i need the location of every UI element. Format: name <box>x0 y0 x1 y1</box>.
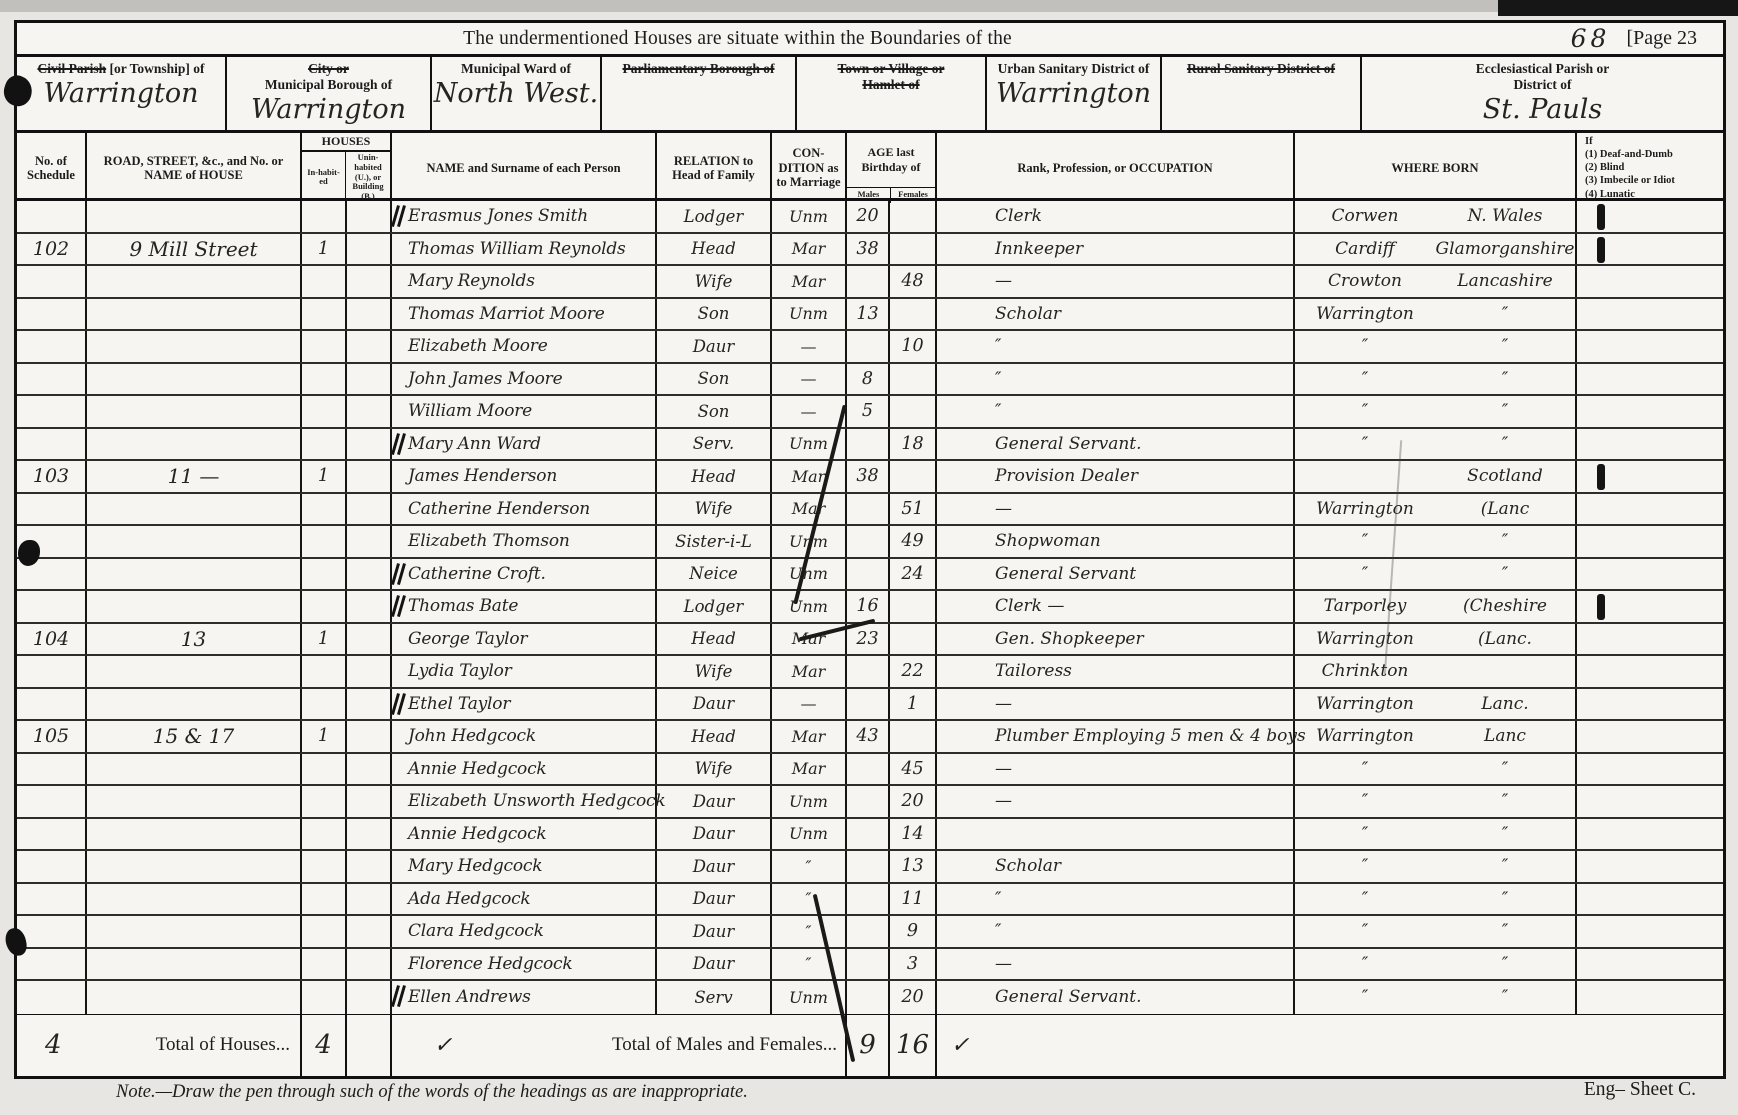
schedule-number <box>17 786 87 817</box>
col-age-group: AGE last Birthday of Males Females <box>847 133 937 203</box>
houses-inhabited <box>302 396 347 427</box>
houses-inhabited: 1 <box>302 234 347 265</box>
occupation: Shopwoman <box>937 526 1295 557</box>
houses-inhabited <box>302 851 347 882</box>
person-name: Elizabeth Thomson <box>392 526 657 557</box>
schedule-number <box>17 299 87 330</box>
houses-uninhabited <box>347 201 392 232</box>
born-county: (Lanc <box>1435 499 1575 519</box>
infirmity-cell <box>1577 494 1723 525</box>
relation-to-head: Lodger <box>657 591 772 622</box>
road-street <box>87 201 302 232</box>
district-box-value: Warrington <box>987 78 1160 109</box>
age-female: 20 <box>890 981 937 1014</box>
relation-to-head: Wife <box>657 494 772 525</box>
houses-inhabited <box>302 916 347 947</box>
houses-uninhabited <box>347 396 392 427</box>
where-born: ″ ″ <box>1295 754 1577 785</box>
houses-inhabited: 1 <box>302 461 347 492</box>
age-male: 8 <box>847 364 890 395</box>
born-county: ″ <box>1435 759 1575 779</box>
houses-inhabited <box>302 559 347 590</box>
table-row: Catherine Henderson Wife Mar 51 — Warrin… <box>17 494 1723 527</box>
born-county: ″ <box>1435 921 1575 941</box>
occupation: — <box>937 754 1295 785</box>
houses-inhabited <box>302 201 347 232</box>
marriage-condition: Unm <box>772 819 847 850</box>
where-born: Warrington (Lanc. <box>1295 624 1577 655</box>
marriage-condition: ″ <box>772 949 847 980</box>
relation-to-head: Wife <box>657 656 772 687</box>
age-female: 24 <box>890 559 937 590</box>
relation-to-head: Daur <box>657 884 772 915</box>
occupation: Gen. Shopkeeper <box>937 624 1295 655</box>
born-county: ″ <box>1435 434 1575 454</box>
infirmity-cell <box>1577 331 1723 362</box>
born-place: Cardiff <box>1295 239 1435 259</box>
infirmity-cell <box>1577 754 1723 785</box>
occupation: Plumber Employing 5 men & 4 boys <box>937 721 1295 752</box>
infirmity-cell <box>1577 786 1723 817</box>
total-males-females-label: Total of Males and Females... <box>612 1034 837 1056</box>
houses-inhabited <box>302 786 347 817</box>
where-born: Tarporley (Cheshire <box>1295 591 1577 622</box>
houses-inhabited: 1 <box>302 721 347 752</box>
occupation: Scholar <box>937 299 1295 330</box>
age-male <box>847 884 890 915</box>
born-county: Lancashire <box>1435 271 1575 291</box>
infirmity-cell <box>1577 396 1723 427</box>
born-county: ″ <box>1435 954 1575 974</box>
table-row: Thomas Marriot Moore Son Unm 13 Scholar … <box>17 299 1723 332</box>
houses-uninhabited <box>347 786 392 817</box>
person-name: Annie Hedgcock <box>392 754 657 785</box>
road-street <box>87 429 302 460</box>
occupation: ″ <box>937 331 1295 362</box>
scan-edge-band <box>0 0 1738 12</box>
born-place: ″ <box>1295 954 1435 974</box>
relation-to-head: Daur <box>657 331 772 362</box>
houses-uninhabited <box>347 916 392 947</box>
district-box-value: Warrington <box>227 94 430 125</box>
houses-uninhabited <box>347 461 392 492</box>
total-males: 9 <box>847 1015 890 1076</box>
person-name: Mary Ann Ward <box>392 429 657 460</box>
age-female: 49 <box>890 526 937 557</box>
where-born: Crowton Lancashire <box>1295 266 1577 297</box>
infirmity-cell <box>1577 689 1723 720</box>
road-street <box>87 949 302 980</box>
marriage-condition: Mar <box>772 494 847 525</box>
houses-uninhabited <box>347 689 392 720</box>
occupation: General Servant <box>937 559 1295 590</box>
houses-inhabited <box>302 526 347 557</box>
age-female <box>890 299 937 330</box>
column-header-row: No. of Schedule ROAD, STREET, &c., and N… <box>17 133 1723 201</box>
where-born: ″ ″ <box>1295 819 1577 850</box>
table-row: Florence Hedgcock Daur ″ 3 — ″ ″ <box>17 949 1723 982</box>
sheet-label: Eng– Sheet C. <box>1584 1079 1696 1101</box>
table-row: Annie Hedgcock Daur Unm 14 ″ ″ <box>17 819 1723 852</box>
folio-number: 68 <box>1571 24 1611 53</box>
houses-inhabited <box>302 981 347 1014</box>
houses-inhabited <box>302 429 347 460</box>
relation-to-head: Wife <box>657 266 772 297</box>
marriage-condition: — <box>772 396 847 427</box>
where-born: ″ ″ <box>1295 364 1577 395</box>
table-row: William Moore Son — 5 ″ ″ ″ <box>17 396 1723 429</box>
born-place: ″ <box>1295 791 1435 811</box>
person-name: James Henderson <box>392 461 657 492</box>
table-row: Mary Ann Ward Serv. Unm 18 General Serva… <box>17 429 1723 462</box>
district-box-value: North West. <box>432 78 600 109</box>
road-street <box>87 559 302 590</box>
col-age: AGE last Birthday of <box>847 133 935 187</box>
age-female: 20 <box>890 786 937 817</box>
road-street <box>87 526 302 557</box>
table-row: 103 11 — 1 James Henderson Head Mar 38 P… <box>17 461 1723 494</box>
age-male: 43 <box>847 721 890 752</box>
marriage-condition: Mar <box>772 461 847 492</box>
total-houses-value: 4 <box>302 1015 347 1076</box>
marriage-condition: — <box>772 331 847 362</box>
table-row: Elizabeth Thomson Sister-i-L Unm 49 Shop… <box>17 526 1723 559</box>
district-box: Rural Sanitary District of <box>1162 57 1362 130</box>
district-box-label: Rural Sanitary District of <box>1162 61 1360 77</box>
born-county: ″ <box>1435 987 1575 1007</box>
table-row: Ellen Andrews Serv Unm 20 General Servan… <box>17 981 1723 1014</box>
occupation: Clerk — <box>937 591 1295 622</box>
schedule-number <box>17 331 87 362</box>
infirmity-cell <box>1577 201 1723 232</box>
occupation: — <box>937 949 1295 980</box>
road-street <box>87 689 302 720</box>
houses-inhabited <box>302 819 347 850</box>
where-born: ″ ″ <box>1295 884 1577 915</box>
infirmity-cell <box>1577 559 1723 590</box>
table-row: Elizabeth Unsworth Hedgcock Daur Unm 20 … <box>17 786 1723 819</box>
district-box-label: Ecclesiastical Parish or District of <box>1362 61 1723 93</box>
total-houses-cell: 4 Total of Houses... <box>17 1015 302 1076</box>
marriage-condition: — <box>772 689 847 720</box>
houses-uninhabited <box>347 949 392 980</box>
houses-uninhabited <box>347 656 392 687</box>
occupation: Tailoress <box>937 656 1295 687</box>
marriage-condition: Mar <box>772 234 847 265</box>
born-place: ″ <box>1295 987 1435 1007</box>
district-box-label: Town or Village or Hamlet of <box>797 61 985 93</box>
born-county: Lanc. <box>1435 694 1575 714</box>
where-born: ″ ″ <box>1295 786 1577 817</box>
person-name: Elizabeth Moore <box>392 331 657 362</box>
relation-to-head: Daur <box>657 851 772 882</box>
district-header-row: Civil Parish [or Township] ofWarringtonC… <box>17 57 1723 133</box>
age-female: 9 <box>890 916 937 947</box>
relation-to-head: Head <box>657 461 772 492</box>
houses-inhabited <box>302 689 347 720</box>
district-box: Urban Sanitary District ofWarrington <box>987 57 1162 130</box>
relation-to-head: Sister-i-L <box>657 526 772 557</box>
relation-to-head: Son <box>657 364 772 395</box>
schedule-number <box>17 201 87 232</box>
road-street <box>87 981 302 1014</box>
person-name: Lydia Taylor <box>392 656 657 687</box>
where-born: ″ ″ <box>1295 916 1577 947</box>
where-born: ″ ″ <box>1295 981 1577 1014</box>
person-name: William Moore <box>392 396 657 427</box>
marriage-condition: — <box>772 364 847 395</box>
marriage-condition: Unm <box>772 299 847 330</box>
person-name: Elizabeth Unsworth Hedgcock <box>392 786 657 817</box>
district-box-value: Warrington <box>17 78 225 109</box>
born-place: Warrington <box>1295 304 1435 324</box>
houses-uninhabited <box>347 884 392 915</box>
houses-inhabited <box>302 591 347 622</box>
district-box: Parliamentary Borough of <box>602 57 797 130</box>
born-county: (Cheshire <box>1435 596 1575 616</box>
table-row: Catherine Croft. Neice Unm 24 General Se… <box>17 559 1723 592</box>
age-female <box>890 624 937 655</box>
houses-inhabited <box>302 884 347 915</box>
relation-to-head: Serv <box>657 981 772 1014</box>
born-county: ″ <box>1435 564 1575 584</box>
col-relation: RELATION to Head of Family <box>657 133 772 203</box>
age-male: 5 <box>847 396 890 427</box>
age-male: 16 <box>847 591 890 622</box>
occupation: ″ <box>937 396 1295 427</box>
infirmity-cell <box>1577 526 1723 557</box>
col-born: WHERE BORN <box>1295 133 1577 203</box>
houses-inhabited <box>302 331 347 362</box>
born-county: Scotland <box>1435 466 1575 486</box>
born-place: ″ <box>1295 856 1435 876</box>
occupation <box>937 819 1295 850</box>
age-male <box>847 949 890 980</box>
where-born: Scotland <box>1295 461 1577 492</box>
col-houses-group: HOUSES In-habit-ed Unin-habited (U.), or… <box>302 133 392 203</box>
infirmity-cell <box>1577 364 1723 395</box>
person-name: John James Moore <box>392 364 657 395</box>
schedule-number <box>17 656 87 687</box>
road-street: 9 Mill Street <box>87 234 302 265</box>
age-female: 51 <box>890 494 937 525</box>
occupation: — <box>937 266 1295 297</box>
infirmity-cell <box>1577 591 1723 622</box>
born-county: Glamorganshire <box>1435 239 1575 259</box>
relation-to-head: Daur <box>657 689 772 720</box>
born-county: ″ <box>1435 401 1575 421</box>
table-row: Mary Reynolds Wife Mar 48 — Crowton Lanc… <box>17 266 1723 299</box>
age-male: 13 <box>847 299 890 330</box>
table-row: Ethel Taylor Daur — 1 — Warrington Lanc. <box>17 689 1723 722</box>
marriage-condition: ″ <box>772 884 847 915</box>
person-name: Ellen Andrews <box>392 981 657 1014</box>
where-born: Warrington Lanc. <box>1295 689 1577 720</box>
col-name: NAME and Surname of each Person <box>392 133 657 203</box>
relation-to-head: Daur <box>657 916 772 947</box>
houses-uninhabited <box>347 364 392 395</box>
houses-uninhabited <box>347 721 392 752</box>
page-number-area: 68 [Page 23 <box>1458 24 1723 53</box>
total-males-females-cell: ✓ Total of Males and Females... <box>392 1015 847 1076</box>
district-box: Town or Village or Hamlet of <box>797 57 987 130</box>
person-name: Mary Reynolds <box>392 266 657 297</box>
born-place: Tarporley <box>1295 596 1435 616</box>
age-female: 3 <box>890 949 937 980</box>
where-born: Corwen N. Wales <box>1295 201 1577 232</box>
born-county: ″ <box>1435 791 1575 811</box>
born-county: Lanc <box>1435 726 1575 746</box>
age-male <box>847 559 890 590</box>
occupation: — <box>937 494 1295 525</box>
age-female: 48 <box>890 266 937 297</box>
houses-uninhabited <box>347 494 392 525</box>
col-schedule: No. of Schedule <box>17 133 87 203</box>
born-place: Crowton <box>1295 271 1435 291</box>
schedule-number <box>17 981 87 1014</box>
schedule-number <box>17 754 87 785</box>
age-male <box>847 981 890 1014</box>
marriage-condition: Mar <box>772 754 847 785</box>
margin-total: 4 <box>45 1030 62 1060</box>
table-row: 105 15 & 17 1 John Hedgcock Head Mar 43 … <box>17 721 1723 754</box>
houses-uninhabited <box>347 266 392 297</box>
infirmity-cell <box>1577 624 1723 655</box>
born-place: ″ <box>1295 531 1435 551</box>
houses-uninhabited <box>347 819 392 850</box>
houses-uninhabited <box>347 624 392 655</box>
houses-uninhabited <box>347 429 392 460</box>
age-female: 14 <box>890 819 937 850</box>
district-box: City or Municipal Borough ofWarrington <box>227 57 432 130</box>
road-street <box>87 266 302 297</box>
infirmity-cell <box>1577 234 1723 265</box>
road-street <box>87 754 302 785</box>
infirmity-cell <box>1577 851 1723 882</box>
table-row: Lydia Taylor Wife Mar 22 Tailoress Chrin… <box>17 656 1723 689</box>
marriage-condition: Mar <box>772 721 847 752</box>
occupation: General Servant. <box>937 981 1295 1014</box>
infirmity-cell <box>1577 461 1723 492</box>
houses-uninhabited <box>347 526 392 557</box>
where-born: Warrington (Lanc <box>1295 494 1577 525</box>
occupation: Scholar <box>937 851 1295 882</box>
col-infirmity: If (1) Deaf-and-Dumb (2) Blind (3) Imbec… <box>1577 133 1723 203</box>
road-street <box>87 591 302 622</box>
infirmity-cell <box>1577 949 1723 980</box>
houses-inhabited: 1 <box>302 624 347 655</box>
where-born: ″ ″ <box>1295 851 1577 882</box>
table-row: John James Moore Son — 8 ″ ″ ″ <box>17 364 1723 397</box>
road-street <box>87 656 302 687</box>
relation-to-head: Wife <box>657 754 772 785</box>
footnote: Note.—Draw the pen through such of the w… <box>116 1082 748 1103</box>
houses-inhabited <box>302 364 347 395</box>
col-inhabited: In-habit-ed <box>302 152 346 203</box>
marriage-condition: Mar <box>772 656 847 687</box>
born-place: ″ <box>1295 921 1435 941</box>
road-street <box>87 299 302 330</box>
born-place: ″ <box>1295 759 1435 779</box>
born-county: (Lanc. <box>1435 629 1575 649</box>
person-name: Thomas Bate <box>392 591 657 622</box>
relation-to-head: Head <box>657 624 772 655</box>
relation-to-head: Son <box>657 299 772 330</box>
road-street <box>87 884 302 915</box>
table-body: Erasmus Jones Smith Lodger Unm 20 Clerk … <box>17 201 1723 1014</box>
houses-inhabited <box>302 754 347 785</box>
marriage-condition: ″ <box>772 916 847 947</box>
district-box: Ecclesiastical Parish or District ofSt. … <box>1362 57 1723 130</box>
marriage-condition: Mar <box>772 266 847 297</box>
marriage-condition: Unm <box>772 591 847 622</box>
person-name: George Taylor <box>392 624 657 655</box>
road-street <box>87 786 302 817</box>
born-place: ″ <box>1295 369 1435 389</box>
schedule-number: 104 <box>17 624 87 655</box>
schedule-number <box>17 916 87 947</box>
houses-uninhabited <box>347 331 392 362</box>
person-name: Ethel Taylor <box>392 689 657 720</box>
road-street <box>87 916 302 947</box>
born-place: Warrington <box>1295 726 1435 746</box>
age-male <box>847 429 890 460</box>
born-county: ″ <box>1435 824 1575 844</box>
where-born: Warrington ″ <box>1295 299 1577 330</box>
schedule-number <box>17 396 87 427</box>
table-row: Erasmus Jones Smith Lodger Unm 20 Clerk … <box>17 201 1723 234</box>
scan-edge-black <box>1498 0 1738 16</box>
houses-inhabited <box>302 266 347 297</box>
age-male <box>847 656 890 687</box>
marriage-condition: Unm <box>772 786 847 817</box>
infirmity-cell <box>1577 981 1723 1014</box>
born-place: ″ <box>1295 401 1435 421</box>
houses-uninhabited <box>347 851 392 882</box>
census-form: The undermentioned Houses are situate wi… <box>14 20 1726 1079</box>
houses-uninhabited <box>347 591 392 622</box>
district-box-label: Civil Parish [or Township] of <box>17 61 225 77</box>
schedule-number: 102 <box>17 234 87 265</box>
infirmity-cell <box>1577 819 1723 850</box>
schedule-number <box>17 884 87 915</box>
age-female: 11 <box>890 884 937 915</box>
person-name: Thomas Marriot Moore <box>392 299 657 330</box>
road-street: 13 <box>87 624 302 655</box>
age-male <box>847 916 890 947</box>
age-female <box>890 721 937 752</box>
age-female <box>890 364 937 395</box>
age-male <box>847 851 890 882</box>
person-name: Florence Hedgcock <box>392 949 657 980</box>
road-street <box>87 494 302 525</box>
born-place: Warrington <box>1295 694 1435 714</box>
born-county: ″ <box>1435 304 1575 324</box>
age-female <box>890 461 937 492</box>
where-born: ″ ″ <box>1295 396 1577 427</box>
person-name: Catherine Croft. <box>392 559 657 590</box>
relation-to-head: Neice <box>657 559 772 590</box>
form-banner: The undermentioned Houses are situate wi… <box>17 23 1723 57</box>
district-box-label: City or Municipal Borough of <box>227 61 430 93</box>
born-place: ″ <box>1295 889 1435 909</box>
person-name: Mary Hedgcock <box>392 851 657 882</box>
schedule-number <box>17 689 87 720</box>
age-male <box>847 786 890 817</box>
road-street <box>87 851 302 882</box>
born-county: ″ <box>1435 369 1575 389</box>
age-male <box>847 689 890 720</box>
